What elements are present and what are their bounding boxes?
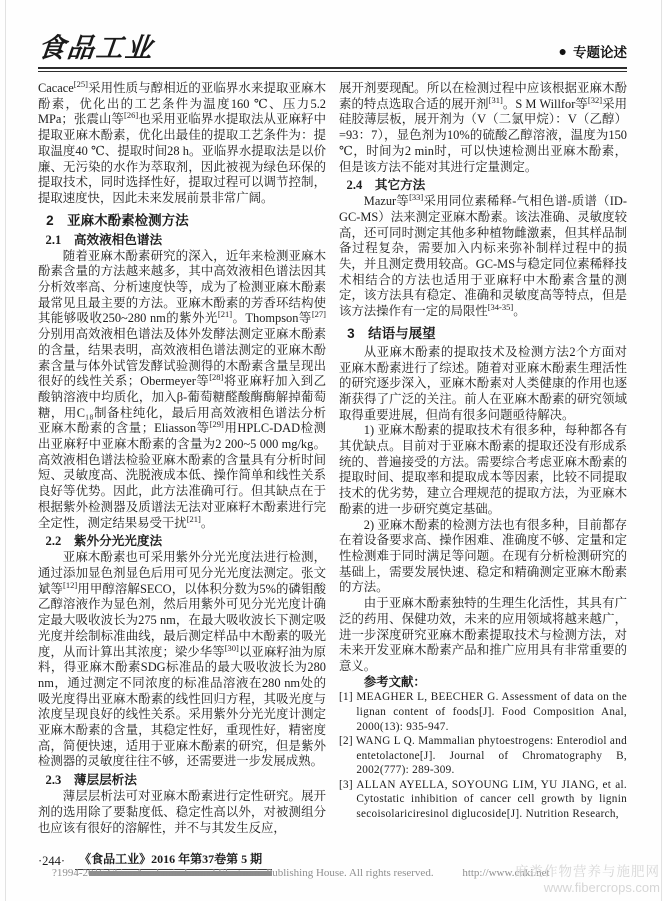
subsection-heading-2-1: 2.1 高效液相色谱法: [38, 232, 326, 248]
paragraph-summary-intro: 从亚麻木酚素的提取技术及检测方法2个方面对亚麻木酚素进行了综述。随着对亚麻木酚素…: [339, 345, 627, 424]
paragraph-hplc: 随着亚麻木酚素研究的深入，近年来检测亚麻木酚素含量的方法越来越多，其中高效液相色…: [38, 249, 326, 532]
references-heading: 参考文献：: [339, 675, 627, 691]
site-watermark: 麻类作物营养与施肥网 www.fibercrops.com: [515, 864, 660, 896]
reference-item-1: [1] MEAGHER L, BEECHER G. Assessment of …: [339, 690, 627, 734]
watermark-site-name: 麻类作物营养与施肥网: [515, 864, 660, 880]
left-column: Cacace[25]采用性质与醇相近的亚临界水来提取亚麻木酚素，优化出的工艺条件…: [38, 81, 326, 876]
paragraph-summary-point2: 2) 亚麻木酚素的检测方法也有很多种，目前都存在着设备要求高、操作困难、准确度不…: [339, 518, 627, 597]
subsection-heading-2-4: 2.4 其它方法: [339, 177, 627, 193]
topic-label-text: 专题论述: [573, 41, 627, 61]
page-header: 食品工业 ● 专题论述: [0, 0, 663, 64]
article-body: Cacace[25]采用性质与醇相近的亚临界水来提取亚麻木酚素，优化出的工艺条件…: [0, 72, 663, 876]
reference-item-2: [2] WANG L Q. Mammalian phytoestrogens: …: [339, 734, 627, 778]
reference-item-3: [3] ALLAN AYELLA, SOYOUNG LIM, YU JIANG,…: [339, 778, 627, 822]
scan-edge-right: [661, 0, 662, 901]
scan-edge-left: [5, 0, 6, 901]
section-heading-3: 3 结语与展望: [339, 325, 627, 342]
copyright-text: ?1994-2016 China Academic Journal Electr…: [52, 867, 434, 879]
watermark-site-url: www.fibercrops.com: [515, 880, 660, 896]
paragraph-tlc-continued: 展开剂要现配。所以在检测过程中应该根据亚麻木酚素的特点选取合适的展开剂[31]。…: [339, 81, 627, 175]
paragraph-tlc: 薄层层析法可对亚麻木酚素进行定性研究。展开剂的选用除了要黏度低、稳定性高以外，对…: [38, 789, 326, 836]
column-topic-label: ● 专题论述: [559, 41, 627, 64]
paragraph-summary-point1: 1) 亚麻木酚素的提取技术有很多种，每种都各有其优缺点。目前对于亚麻木酚素的提取…: [339, 423, 627, 517]
journal-logo: 食品工业: [36, 34, 155, 64]
paragraph-gcms: Mazur等[33]采用同位素稀释-气相色谱-质谱（ID-GC-MS）法来测定亚…: [339, 194, 627, 320]
paragraph-summary-outlook: 由于亚麻木酚素独特的生理生化活性，其具有广泛的药用、保健功效，未来的应用领域将越…: [339, 596, 627, 675]
paragraph-subcritical-water: Cacace[25]采用性质与醇相近的亚临界水来提取亚麻木酚素，优化出的工艺条件…: [38, 81, 326, 207]
topic-bullet-icon: ●: [559, 45, 567, 57]
subsection-heading-2-3: 2.3 薄层层析法: [38, 772, 326, 788]
right-column: 展开剂要现配。所以在检测过程中应该根据亚麻木酚素的特点选取合适的展开剂[31]。…: [339, 81, 627, 876]
subsection-heading-2-2: 2.2 紫外分光光度法: [38, 533, 326, 549]
paragraph-uv-spectrophotometry: 亚麻木酚素也可采用紫外分光光度法进行检测，通过添加显色剂显色后用可见分光光度法测…: [38, 550, 326, 770]
journal-page: 食品工业 ● 专题论述 Cacace[25]采用性质与醇相近的亚临界水来提取亚麻…: [0, 0, 663, 901]
header-rule-thick: [38, 67, 627, 69]
section-heading-2: 2 亚麻木酚素检测方法: [38, 212, 326, 229]
